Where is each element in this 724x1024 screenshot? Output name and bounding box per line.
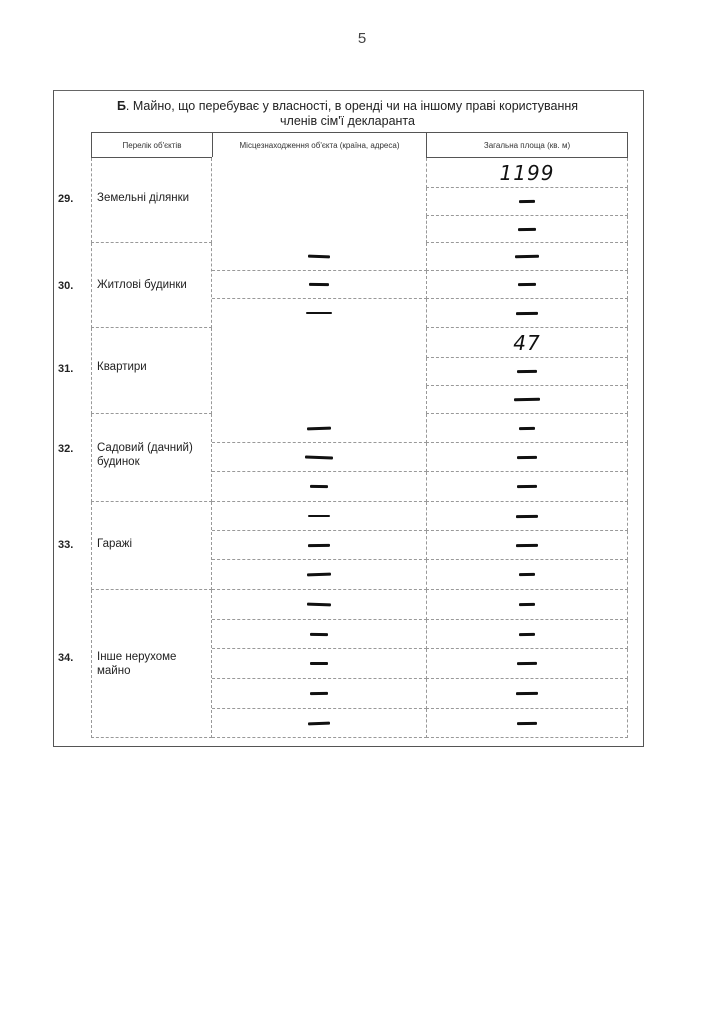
dash-mark [518,228,536,231]
table-section: 34.Інше нерухоме майно [91,590,628,738]
dash-mark [308,544,330,547]
dash-mark [516,312,538,315]
dash-mark [306,312,332,315]
dash-mark [514,398,540,401]
area-cell [426,443,628,472]
location-cell [212,243,427,271]
area-cell [426,560,628,590]
row-number: 29. [58,193,73,205]
redacted-location [212,327,426,399]
dash-mark [519,603,535,606]
object-type-label: Садовий (дачний) будинок [97,441,207,469]
table-section: 30.Житлові будинки [91,243,628,328]
dash-mark [516,692,538,695]
table-section: 31.Квартири47 [91,328,628,414]
row-number: 33. [58,539,73,551]
location-cell [212,679,427,709]
header-objects: Перелік об'єктів [91,132,213,158]
table-section: 32.Садовий (дачний) будинок [91,414,628,502]
row-number: 32. [58,443,73,455]
section-letter: Б [117,99,126,113]
dash-mark [517,722,537,725]
redacted-location [212,157,426,228]
page-number: 5 [0,30,724,47]
area-cell [426,472,628,502]
area-cell: 1199 [426,158,628,188]
object-type-label: Житлові будинки [97,278,207,292]
dash-mark [517,485,537,488]
location-cell [212,620,427,649]
location-cell [212,531,427,560]
location-cell [212,649,427,679]
table-section: 33.Гаражі [91,502,628,590]
dash-mark [517,370,537,373]
handwritten-area-value: 47 [513,331,540,355]
area-cell [426,243,628,271]
area-cell [426,531,628,560]
location-cell [212,443,427,472]
object-type-label: Квартири [97,360,207,374]
area-cell [426,620,628,649]
dash-mark [308,255,330,258]
location-cell [212,414,427,443]
dash-mark [307,603,331,606]
header-area: Загальна площа (кв. м) [426,132,628,158]
dash-mark [307,573,331,576]
dash-mark [307,426,331,429]
dash-mark [519,427,535,430]
area-cell: 47 [426,328,628,358]
dash-mark [519,573,535,576]
area-cell [426,679,628,709]
location-cell [212,472,427,502]
dash-mark [515,255,539,258]
section-title-line2: членів сім'ї декларанта [280,114,415,128]
area-cell [426,386,628,414]
area-cell [426,271,628,299]
location-cell [212,560,427,590]
location-cell [212,271,427,299]
header-location: Місцезнаходження об'єкта (країна, адреса… [212,132,427,158]
dash-mark [305,455,333,458]
section-divider [91,737,212,738]
area-cell [426,216,628,243]
dash-mark [516,515,538,518]
handwritten-area-value: 1199 [500,161,555,185]
dash-mark [310,692,328,695]
location-cell [212,590,427,620]
dash-mark [519,633,535,636]
table-section: 29.Земельні ділянки1199 [91,158,628,243]
dash-mark [517,456,537,459]
area-cell [426,709,628,738]
dash-mark [519,200,535,203]
dash-mark [516,544,538,547]
area-cell [426,590,628,620]
object-type-label: Земельні ділянки [97,191,207,205]
area-cell [426,649,628,679]
dash-mark [310,633,328,636]
object-type-label: Інше нерухоме майно [97,650,207,678]
dash-mark [308,515,330,518]
location-cell [212,299,427,328]
section-title: Б. Майно, що перебуває у власності, в ор… [53,99,642,129]
dash-mark [310,485,328,488]
area-cell [426,358,628,386]
dash-mark [517,662,537,665]
row-number: 34. [58,652,73,664]
area-cell [426,502,628,531]
row-number: 30. [58,280,73,292]
dash-mark [518,283,536,286]
area-cell [426,188,628,216]
area-cell [426,414,628,443]
object-type-label: Гаражі [97,537,207,551]
location-cell [212,709,427,738]
dash-mark [310,662,328,665]
section-title-line1: . Майно, що перебуває у власності, в оре… [126,99,578,113]
dash-mark [309,283,329,286]
location-cell [212,502,427,531]
dash-mark [308,721,330,724]
row-number: 31. [58,363,73,375]
area-cell [426,299,628,328]
